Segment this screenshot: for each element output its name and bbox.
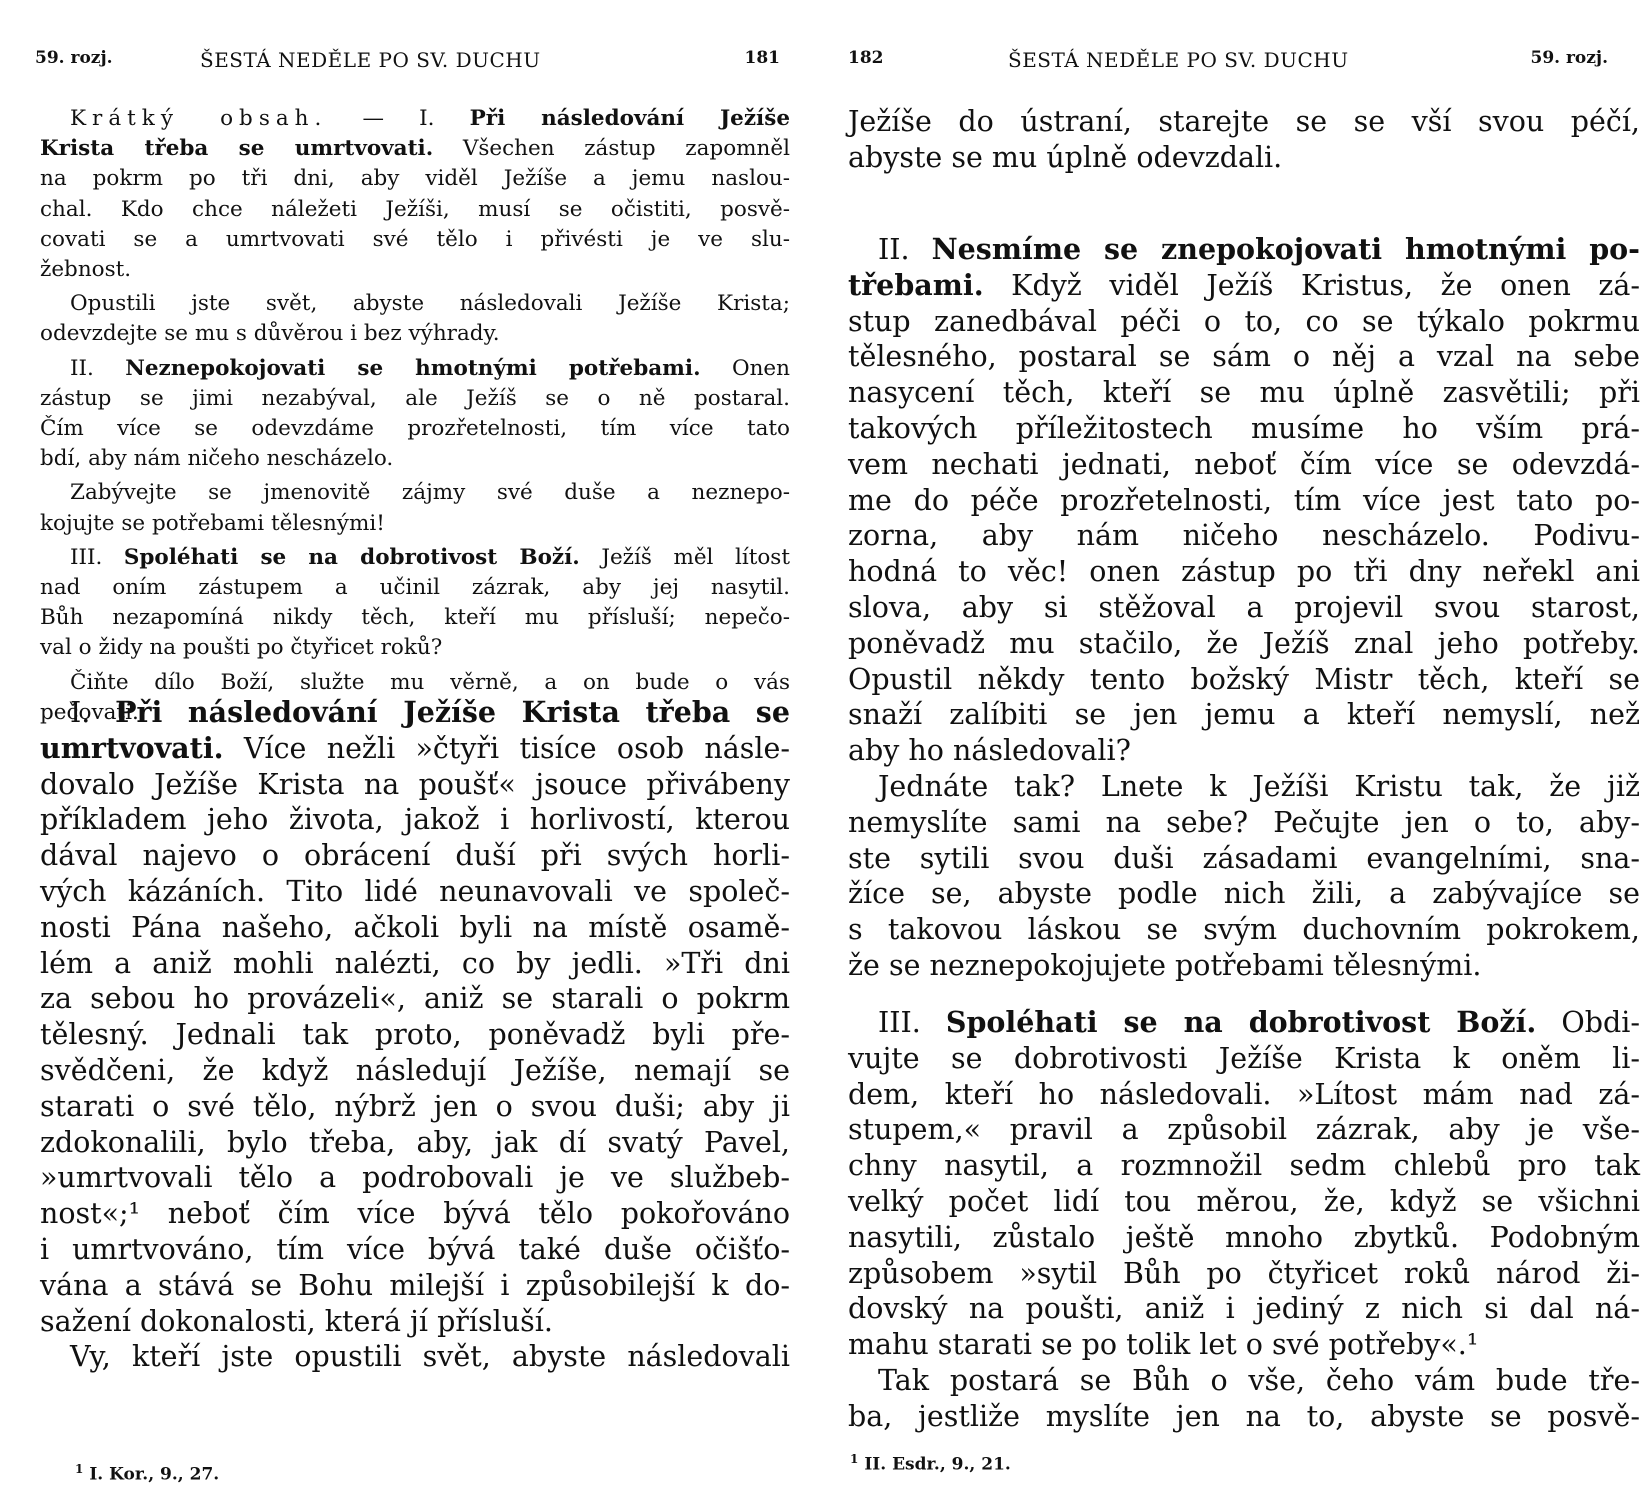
summary-line: Krátký obsah. — I. Při následování Ježíš… [40,104,790,134]
section-1-body: I. Při následování Ježíše Krista třeba s… [40,695,790,1375]
summary-line: žebnost. [40,255,790,285]
body-line: sažení dokonalosti, která jí přísluší. [40,1304,790,1340]
summary-line: odevzdejte se mu s důvěrou i bez výhrady… [40,319,790,349]
body-line: umrtvovati. Více nežli »čtyři tisíce oso… [40,731,790,767]
body-line: takových příležitostech musíme ho vším p… [848,411,1640,447]
right-page: 182 ŠESTÁ NEDĚLE PO SV. DUCHU 59. rozj. … [820,0,1650,1500]
chapter-ref: 59. rozj. [1530,48,1608,68]
body-line: abyste se mu úplně odevzdali. [848,140,1640,176]
body-line: vána a stává se Bohu milejší i způsobile… [40,1268,790,1304]
body-line: slova, aby si stěžoval a projevil svou s… [848,590,1640,626]
body-line: I. Při následování Ježíše Krista třeba s… [40,695,790,731]
body-line: me do péče prozřetelnosti, tím více jest… [848,483,1640,519]
footnote: 1I. Kor., 9., 27. [75,1462,219,1485]
body-line: že se neznepokojujete potřebami tělesným… [848,948,1640,984]
body-line: dem, kteří ho následovali. »Lítost mám n… [848,1077,1640,1113]
body-line: způsobem »sytil Bůh po čtyřicet roků nár… [848,1256,1640,1292]
running-head: 182 ŠESTÁ NEDĚLE PO SV. DUCHU 59. rozj. [848,48,1608,78]
summary-line: val o židy na poušti po čtyřicet roků? [40,633,790,663]
summary-line: Čím více se odevzdáme prozřetelnosti, tí… [40,414,790,444]
body-line: nost«;¹ neboť čím více bývá tělo pokořov… [40,1196,790,1232]
body-line: zdokonalili, bylo třeba, aby, jak dí sva… [40,1125,790,1161]
body-line: ba, jestliže myslíte jen na to, abyste s… [848,1399,1640,1435]
section-2-body: II. Nesmíme se znepokojovati hmotnými po… [848,232,1640,984]
body-line: vých kázáních. Tito lidé neunavovali ve … [40,874,790,910]
summary-line: Zabývejte se jmenovitě zájmy své duše a … [40,478,790,508]
body-line: vem nechati jednati, neboť čím více se o… [848,447,1640,483]
body-line: žíce se, abyste podle nich žili, a zabýv… [848,876,1640,912]
summary-line: Krista třeba se umrtvovati. Všechen zást… [40,134,790,164]
body-line: lém a aniž mohli nalézti, co by jedli. »… [40,946,790,982]
continuation-text: Ježíše do ústraní, starejte se se vší sv… [848,104,1640,176]
body-line: Ježíše do ústraní, starejte se se vší sv… [848,104,1640,140]
body-line: snaží zalíbiti se jen jemu a kteří nemys… [848,697,1640,733]
body-line: třebami. Když viděl Ježíš Kristus, že on… [848,268,1640,304]
running-title: ŠESTÁ NEDĚLE PO SV. DUCHU [200,48,541,72]
body-line: aby ho následovali? [848,733,1640,769]
body-line: chny nasytil, a rozmnožil sedm chlebů pr… [848,1148,1640,1184]
page-number: 181 [745,48,781,68]
summary-line: Bůh nezapomíná nikdy těch, kteří mu přís… [40,603,790,633]
body-line: vujte se dobrotivosti Ježíše Krista k on… [848,1041,1640,1077]
summary-line: kojujte se potřebami tělesnými! [40,509,790,539]
summary-line: II. Neznepokojovati se hmotnými potřebam… [40,354,790,384]
body-line: poněvadž mu stačilo, že Ježíš znal jeho … [848,626,1640,662]
body-line: hodná to věc! onen zástup po tři dny neř… [848,554,1640,590]
body-line: tělesný. Jednali tak proto, poněvadž byl… [40,1017,790,1053]
summary-line: Čiňte dílo Boží, služte mu věrně, a on b… [40,668,790,698]
summary-line: Opustili jste svět, abyste následovali J… [40,289,790,319]
body-line: nasycení těch, kteří se mu úplně zasvěti… [848,375,1640,411]
summary-line: III. Spoléhati se na dobrotivost Boží. J… [40,543,790,573]
left-page: 59. rozj. ŠESTÁ NEDĚLE PO SV. DUCHU 181 … [0,0,810,1500]
footnote-mark: 1 [850,1452,858,1466]
body-line: dovský na poušti, aniž i jediný z nich s… [848,1291,1640,1327]
body-line: nasytili, zůstalo ještě mnoho zbytků. Po… [848,1220,1640,1256]
body-line: nemyslíte sami na sebe? Pečujte jen o to… [848,805,1640,841]
body-line: dával najevo o obrácení duší při svých h… [40,838,790,874]
summary-line: na pokrm po tři dni, aby viděl Ježíše a … [40,164,790,194]
body-line: zorna, aby nám ničeho nescházelo. Podivu… [848,518,1640,554]
body-line: tělesného, postaral se sám o něj a vzal … [848,339,1640,375]
body-line: III. Spoléhati se na dobrotivost Boží. O… [848,1005,1640,1041]
body-line: svědčeni, že když následují Ježíše, nema… [40,1053,790,1089]
body-line: starati o své tělo, nýbrž jen o svou duš… [40,1089,790,1125]
body-line: Tak postará se Bůh o vše, čeho vám bude … [848,1363,1640,1399]
body-line: stupem,« pravil a způsobil zázrak, aby j… [848,1112,1640,1148]
running-head: 59. rozj. ŠESTÁ NEDĚLE PO SV. DUCHU 181 [35,48,780,78]
footnote: 1II. Esdr., 9., 21. [850,1452,1011,1475]
section-3-body: III. Spoléhati se na dobrotivost Boží. O… [848,1005,1640,1435]
body-line: velký počet lidí tou měrou, že, když se … [848,1184,1640,1220]
footnote-text: II. Esdr., 9., 21. [864,1455,1010,1475]
body-line: za sebou ho provázeli«, aniž se starali … [40,981,790,1017]
footnote-mark: 1 [75,1462,83,1476]
running-title: ŠESTÁ NEDĚLE PO SV. DUCHU [1008,48,1349,72]
chapter-ref: 59. rozj. [35,48,113,68]
body-line: nosti Pána našeho, ačkoli byli na místě … [40,910,790,946]
footnote-text: I. Kor., 9., 27. [89,1465,219,1485]
body-line: příkladem jeho života, jakož i horlivost… [40,802,790,838]
summary-line: bdí, aby nám ničeho nescházelo. [40,444,790,474]
body-line: mahu starati se po tolik let o své potře… [848,1327,1640,1363]
body-line: Vy, kteří jste opustili svět, abyste nás… [40,1339,790,1375]
body-line: II. Nesmíme se znepokojovati hmotnými po… [848,232,1640,268]
body-line: Opustil někdy tento božský Mistr těch, k… [848,662,1640,698]
summary-block: Krátký obsah. — I. Při následování Ježíš… [40,104,790,728]
summary-line: chal. Kdo chce náležeti Ježíši, musí se … [40,195,790,225]
body-line: i umrtvováno, tím více bývá také duše oč… [40,1232,790,1268]
summary-line: nad oním zástupem a učinil zázrak, aby j… [40,573,790,603]
summary-line: covati se a umrtvovati své tělo i přivés… [40,225,790,255]
body-line: s takovou láskou se svým duchovním pokro… [848,912,1640,948]
page-number: 182 [848,48,884,68]
body-line: dovalo Ježíše Krista na poušť« jsouce př… [40,767,790,803]
body-line: stup zanedbával péči o to, co se týkalo … [848,304,1640,340]
body-line: Jednáte tak? Lnete k Ježíši Kristu tak, … [848,769,1640,805]
body-line: »umrtvovali tělo a podrobovali je ve slu… [40,1160,790,1196]
summary-line: zástup se jimi nezabýval, ale Ježíš se o… [40,384,790,414]
body-line: ste sytili svou duši zásadami evangelním… [848,841,1640,877]
